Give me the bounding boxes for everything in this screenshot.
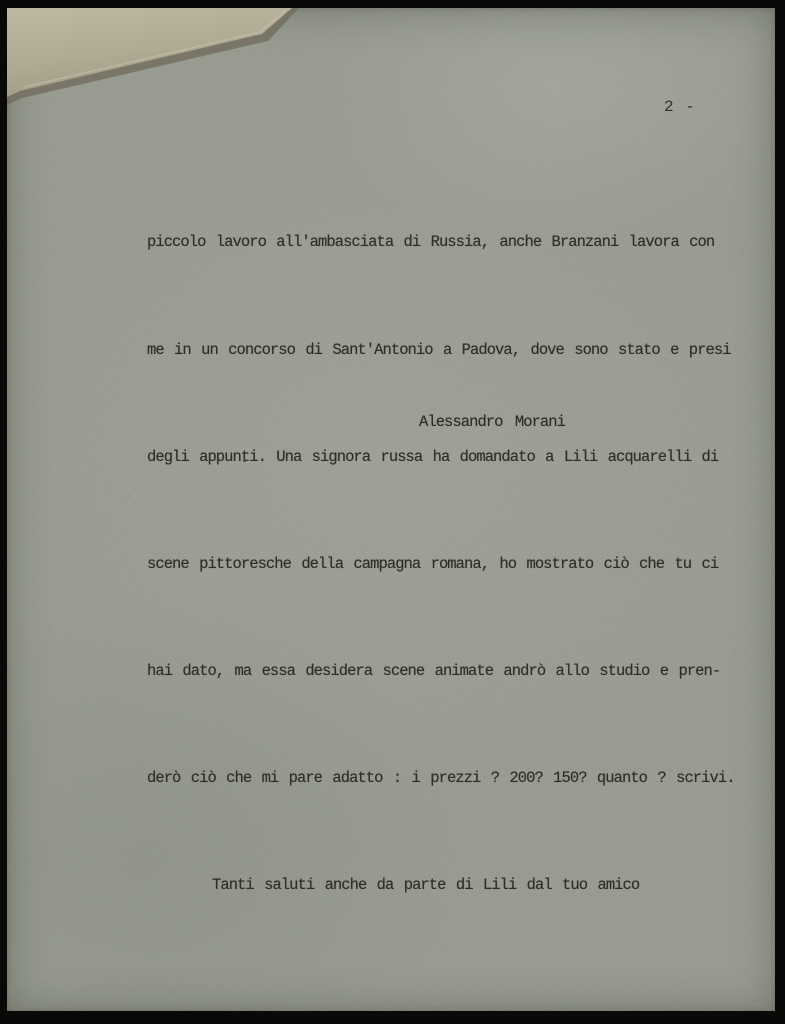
page-number: 2 -	[664, 98, 696, 116]
paper-speck	[127, 495, 129, 497]
letter-line: me in un concorso di Sant'Antonio a Pado…	[147, 333, 737, 369]
letter-line: hai dato, ma essa desidera scene animate…	[147, 654, 737, 690]
letter-line: derò ciò che mi pare adatto : i prezzi ?…	[147, 761, 737, 797]
ink-speck	[243, 459, 246, 462]
letter-line: scene pittoresche della campagna romana,…	[147, 547, 737, 583]
letter-paper: 2 - piccolo lavoro all'ambasciata di Rus…	[7, 8, 775, 1011]
letter-body: piccolo lavoro all'ambasciata di Russia,…	[147, 154, 737, 975]
closing-line: Tanti saluti anche da parte di Lili dal …	[147, 868, 737, 904]
letter-line: piccolo lavoro all'ambasciata di Russia,…	[147, 225, 737, 261]
signature-line: Alessandro Morani	[419, 413, 565, 431]
letter-line: degli appunti. Una signora russa ha doma…	[147, 440, 737, 476]
scanned-letter-page: 2 - piccolo lavoro all'ambasciata di Rus…	[0, 0, 785, 1024]
